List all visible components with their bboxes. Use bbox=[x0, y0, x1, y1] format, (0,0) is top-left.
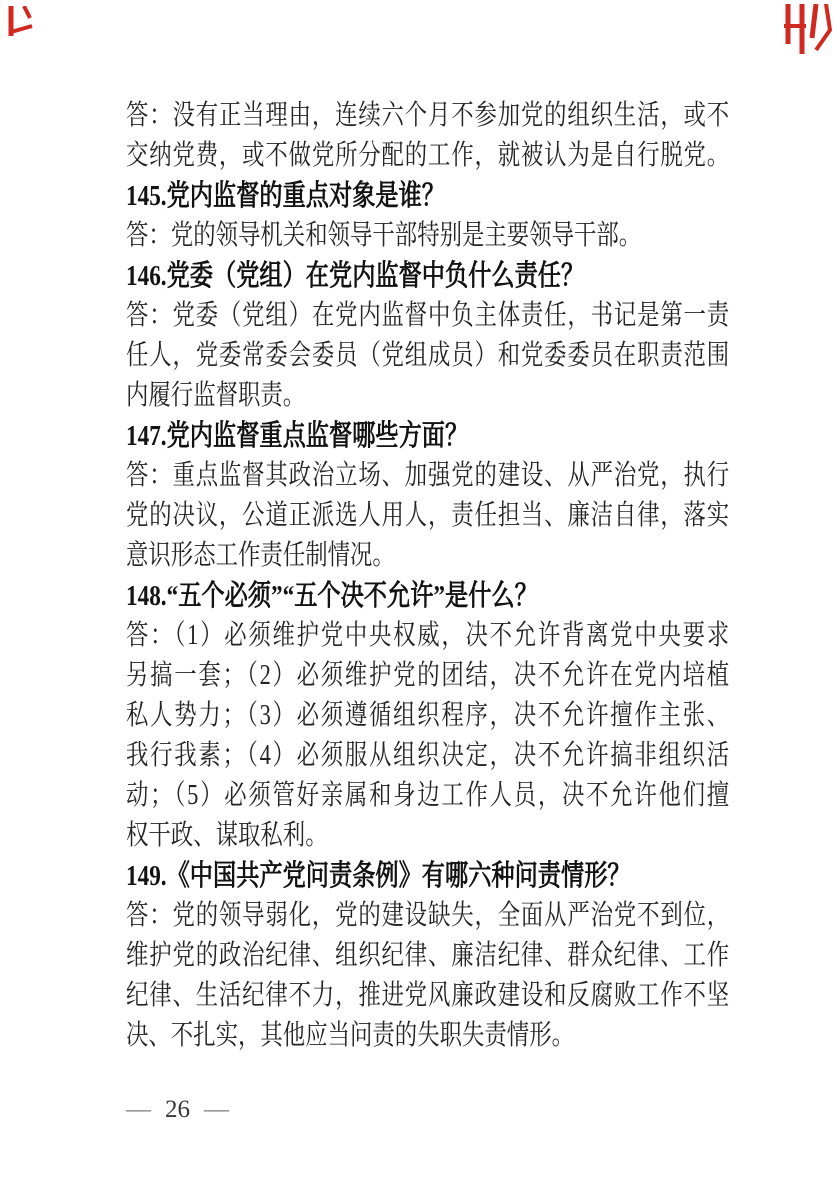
question-line: 146.党委（党组）在党内监督中负什么责任？ bbox=[126, 256, 729, 296]
red-stamp-fragment-right-icon bbox=[782, 4, 834, 67]
answer-line: 党的决议，公道正派选人用人，责任担当、廉洁自律，落实 bbox=[126, 496, 729, 536]
question-line: 147.党内监督重点监督哪些方面？ bbox=[126, 416, 729, 456]
answer-line: 答：党的领导弱化，党的建设缺失，全面从严治党不到位， bbox=[126, 896, 729, 936]
question-line: 149.《中国共产党问责条例》有哪六种问责情形？ bbox=[126, 856, 729, 896]
answer-line: 答：没有正当理由，连续六个月不参加党的组织生活，或不 bbox=[126, 96, 729, 136]
answer-line: 权干政、谋取私利。 bbox=[126, 816, 729, 856]
page-footer: —26— bbox=[126, 1096, 229, 1124]
footer-dash-left: — bbox=[126, 1096, 151, 1123]
question-line: 148.“五个必须”“五个决不允许”是什么？ bbox=[126, 576, 729, 616]
answer-line: 内履行监督职责。 bbox=[126, 376, 729, 416]
answer-line: 答：重点监督其政治立场、加强党的建设、从严治党，执行 bbox=[126, 456, 729, 496]
answer-line: 动；（5）必须管好亲属和身边工作人员，决不允许他们擅 bbox=[126, 776, 729, 816]
answer-line: 维护党的政治纪律、组织纪律、廉洁纪律、群众纪律、工作 bbox=[126, 936, 729, 976]
answer-line: 意识形态工作责任制情况。 bbox=[126, 536, 729, 576]
answer-line: 决、不扎实，其他应当问责的失职失责情形。 bbox=[126, 1016, 729, 1056]
red-stamp-fragment-left-icon bbox=[8, 6, 38, 53]
answer-line: 答：党委（党组）在党内监督中负主体责任，书记是第一责 bbox=[126, 296, 729, 336]
answer-line: 答：党的领导机关和领导干部特别是主要领导干部。 bbox=[126, 216, 729, 256]
answer-line: 答：（1）必须维护党中央权威，决不允许背离党中央要求 bbox=[126, 616, 729, 656]
document-page: 答：没有正当理由，连续六个月不参加党的组织生活，或不交纳党费，或不做党所分配的工… bbox=[0, 0, 840, 1188]
page-number: 26 bbox=[165, 1096, 190, 1123]
qa-text-block: 答：没有正当理由，连续六个月不参加党的组织生活，或不交纳党费，或不做党所分配的工… bbox=[126, 96, 729, 1056]
answer-line: 另搞一套；（2）必须维护党的团结，决不允许在党内培植 bbox=[126, 656, 729, 696]
footer-dash-right: — bbox=[204, 1096, 229, 1123]
answer-line: 交纳党费，或不做党所分配的工作，就被认为是自行脱党。 bbox=[126, 136, 729, 176]
answer-line: 我行我素；（4）必须服从组织决定，决不允许搞非组织活 bbox=[126, 736, 729, 776]
answer-line: 私人势力；（3）必须遵循组织程序，决不允许擅作主张、 bbox=[126, 696, 729, 736]
question-line: 145.党内监督的重点对象是谁？ bbox=[126, 176, 729, 216]
answer-line: 任人，党委常委会委员（党组成员）和党委委员在职责范围 bbox=[126, 336, 729, 376]
answer-line: 纪律、生活纪律不力，推进党风廉政建设和反腐败工作不坚 bbox=[126, 976, 729, 1016]
